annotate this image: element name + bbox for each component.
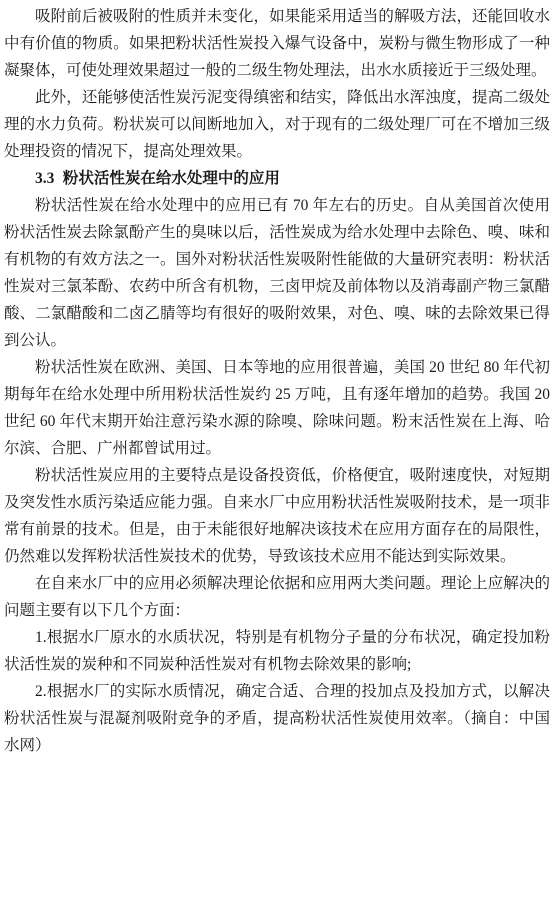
paragraph-two-problem-types: 在自来水厂中的应用必须解决理论依据和应用两大类问题。理论上应解决的问题主要有以下…	[4, 570, 550, 624]
paragraph-characteristics: 粉状活性炭应用的主要特点是设备投资低，价格便宜，吸附速度快，对短期及突发性水质污…	[4, 462, 550, 570]
section-title: 粉状活性炭在给水处理中的应用	[63, 170, 280, 187]
paragraph-history: 粉状活性炭在给水处理中的应用已有 70 年左右的历史。自从美国首次使用粉状活性炭…	[4, 192, 550, 354]
paragraph-adsorption-recovery: 吸附前后被吸附的性质并未变化，如果能采用适当的解吸方法，还能回收水中有价值的物质…	[4, 3, 550, 84]
paragraph-global-usage: 粉状活性炭在欧洲、美国、日本等地的应用很普遍，美国 20 世纪 80 年代初期每…	[4, 354, 550, 462]
paragraph-sludge-compaction: 此外，还能够使活性炭污泥变得缜密和结实，降低出水浑浊度，提高二级处理的水力负荷。…	[4, 84, 550, 165]
section-number: 3.3	[35, 170, 54, 187]
list-item-2: 2.根据水厂的实际水质情况，确定合适、合理的投加点及投加方式，以解决粉状活性炭与…	[4, 678, 550, 759]
document-page: 吸附前后被吸附的性质并未变化，如果能采用适当的解吸方法，还能回收水中有价值的物质…	[0, 0, 554, 907]
section-heading: 3.3粉状活性炭在给水处理中的应用	[4, 165, 550, 192]
list-item-1: 1.根据水厂原水的水质状况，特别是有机物分子量的分布状况，确定投加粉状活性炭的炭…	[4, 624, 550, 678]
